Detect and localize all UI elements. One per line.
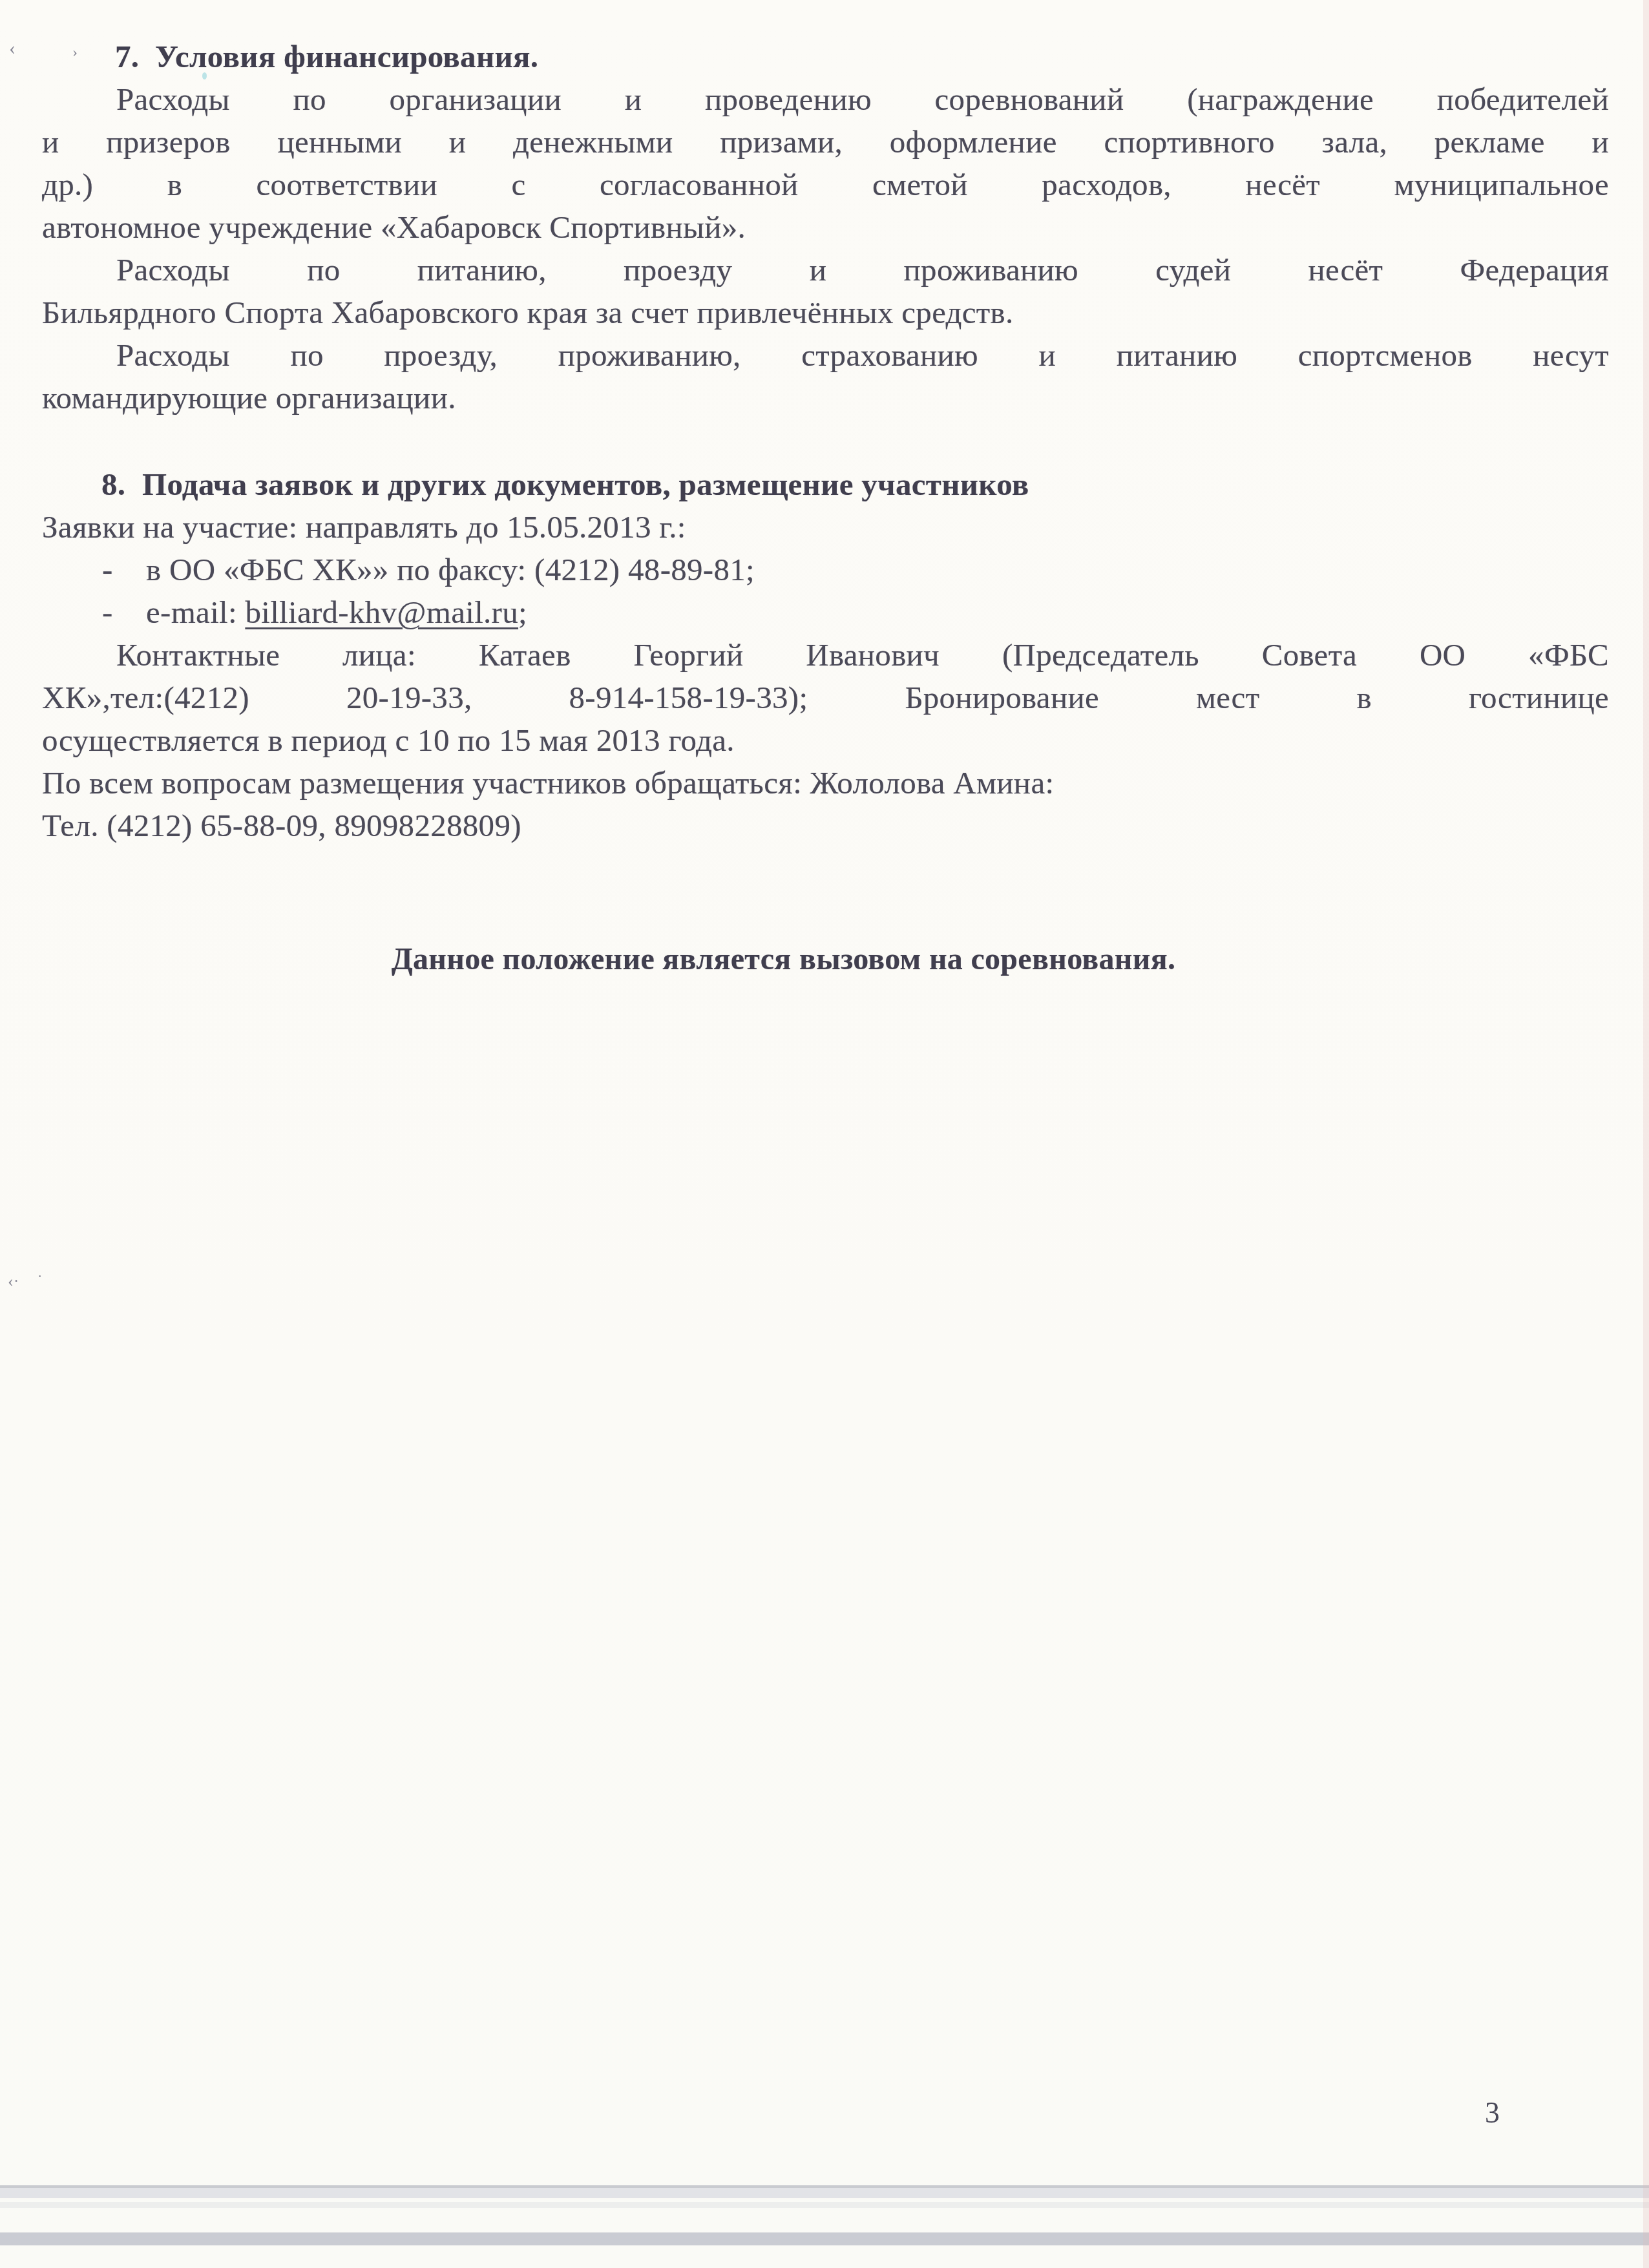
section-7-title: Условия финансирования. [155, 39, 538, 74]
bullet-item-email: -e-mail: billiard-khv@mail.ru; [42, 591, 1609, 634]
scan-speck: › [72, 43, 78, 62]
applications-intro-line: Заявки на участие: направлять до 15.05.2… [42, 506, 1609, 549]
text-line: Расходы по организации и проведению соре… [42, 78, 1609, 121]
scan-speck: ‹· [8, 1272, 19, 1291]
invitation-callout: Данное положение является вызовом на сор… [0, 938, 1567, 981]
text-line: др.) в соответствии с согласованной смет… [42, 163, 1609, 206]
text-line: Расходы по проезду, проживанию, страхова… [42, 334, 1609, 377]
email-label: e-mail: [146, 594, 245, 630]
text-line: автономное учреждение «Хабаровск Спортив… [42, 206, 1609, 249]
section-8-title: Подача заявок и других документов, разме… [142, 467, 1029, 502]
dash-bullet: - [102, 591, 146, 634]
section-8-heading: 8.Подача заявок и других документов, раз… [42, 463, 1609, 506]
paragraph-financing-2: Расходы по питанию, проезду и проживанию… [42, 249, 1609, 334]
text-line: Бильярдного Спорта Хабаровского края за … [42, 291, 1609, 334]
section-7-number: 7. [115, 36, 155, 78]
dash-bullet: - [102, 549, 146, 591]
scanned-document-page: 7.Условия финансирования. Расходы по орг… [0, 0, 1649, 2268]
scan-speck: ‹ [9, 39, 16, 58]
section-7-heading: 7.Условия финансирования. [42, 36, 1609, 78]
scan-streak [0, 2202, 1649, 2208]
scan-speck: · [37, 1266, 42, 1286]
email-link: billiard-khv@mail.ru [245, 594, 518, 630]
paragraph-financing-1: Расходы по организации и проведению соре… [42, 78, 1609, 249]
text-line: командирующие организации. [42, 377, 1609, 419]
paragraph-financing-3: Расходы по проезду, проживанию, страхова… [42, 334, 1609, 419]
scan-streak [0, 2232, 1649, 2245]
paragraph-contacts: Контактные лица: Катаев Георгий Иванович… [42, 634, 1609, 762]
scan-edge-artifact [1643, 0, 1649, 2268]
scan-speck [202, 72, 207, 79]
bullet-item-fax: -в ОО «ФБС ХК»» по факсу: (4212) 48-89-8… [42, 549, 1609, 591]
housing-contact-line: По всем вопросам размещения участников о… [42, 762, 1609, 804]
scan-streak [0, 2188, 1649, 2198]
phone-line: Тел. (4212) 65-88-09, 89098228809) [42, 804, 1609, 847]
section-8-number: 8. [101, 463, 142, 506]
text-line: Расходы по питанию, проезду и проживанию… [42, 249, 1609, 291]
email-tail: ; [518, 594, 527, 630]
text-line: Контактные лица: Катаев Георгий Иванович… [42, 634, 1609, 677]
scan-streak [0, 2185, 1649, 2188]
bullet-fax-text: в ОО «ФБС ХК»» по факсу: (4212) 48-89-81… [146, 552, 755, 587]
text-line: осуществляется в период с 10 по 15 мая 2… [42, 719, 1609, 762]
text-line: ХК»,тел:(4212) 20-19-33, 8-914-158-19-33… [42, 677, 1609, 719]
page-number: 3 [1485, 2095, 1500, 2130]
text-line: и призеров ценными и денежными призами, … [42, 121, 1609, 163]
document-content: 7.Условия финансирования. Расходы по орг… [42, 36, 1609, 981]
